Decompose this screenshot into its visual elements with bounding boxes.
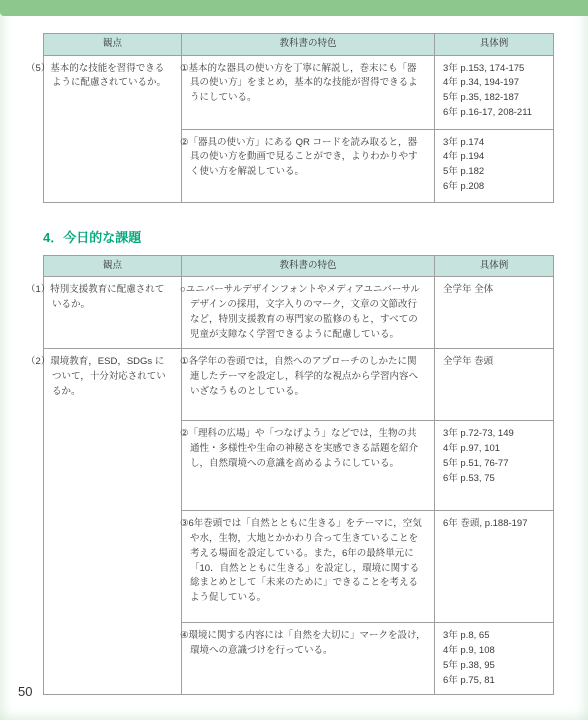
feature-cell: ①基本的な器具の使い方を丁寧に解説し，巻末にも「器具の使い方」をまとめ，基本的な… xyxy=(182,55,435,129)
table-header-row: 観点 教科書の特色 具体例 xyxy=(44,255,554,277)
examples-cell: 3年 p.174 4年 p.194 5年 p.182 6年 p.208 xyxy=(435,129,554,202)
page-content: 観点 教科書の特色 具体例 （5）基本的な技能を習得できるように配慮されているか… xyxy=(43,16,553,695)
examples-cell: 全学年 巻頭 xyxy=(435,349,554,421)
examples-cell: 3年 p.8, 65 4年 p.9, 108 5年 p.38, 95 6年 p.… xyxy=(435,623,554,695)
feature-cell: ②「理科の広場」や「つなげよう」などでは，生物の共通性・多様性や生命の神秘さを実… xyxy=(182,421,435,511)
document-page: 観点 教科書の特色 具体例 （5）基本的な技能を習得できるように配慮されているか… xyxy=(0,0,588,720)
column-header-examples: 具体例 xyxy=(435,255,554,277)
viewpoint-cell: （1）特別支援教育に配慮されているか。 xyxy=(44,277,182,349)
viewpoint-cell: （5）基本的な技能を習得できるように配慮されているか。 xyxy=(44,55,182,202)
column-header-features: 教科書の特色 xyxy=(182,255,435,277)
feature-cell: ①各学年の巻頭では，自然へのアプローチのしかたに関連したテーマを設定し，科学的な… xyxy=(182,349,435,421)
feature-cell: ②「器具の使い方」にある QR コードを読み取ると，器具の使い方を動画で見ること… xyxy=(182,129,435,202)
criteria-table-contemporary-issues: 観点 教科書の特色 具体例 （1）特別支援教育に配慮されているか。 ○ユニバーサ… xyxy=(43,255,554,696)
viewpoint-cell: （2）環境教育，ESD，SDGs について，十分対応されているか。 xyxy=(44,349,182,695)
section-heading: 4．今日的な課題 xyxy=(43,227,553,246)
column-header-viewpoint: 観点 xyxy=(44,34,182,56)
criteria-table-skills: 観点 教科書の特色 具体例 （5）基本的な技能を習得できるように配慮されているか… xyxy=(43,33,554,203)
table-header-row: 観点 教科書の特色 具体例 xyxy=(44,34,554,56)
table-row: （2）環境教育，ESD，SDGs について，十分対応されているか。 ①各学年の巻… xyxy=(44,349,554,421)
feature-cell: ○ユニバーサルデザインフォントやメディアユニバーサルデザインの採用，文字入りのマ… xyxy=(182,277,435,349)
examples-cell: 全学年 全体 xyxy=(435,277,554,349)
column-header-examples: 具体例 xyxy=(435,34,554,56)
table-row: （1）特別支援教育に配慮されているか。 ○ユニバーサルデザインフォントやメディア… xyxy=(44,277,554,349)
page-number: 50 xyxy=(18,684,32,699)
table-row: （5）基本的な技能を習得できるように配慮されているか。 ①基本的な器具の使い方を… xyxy=(44,55,554,129)
feature-cell: ③6年巻頭では「自然とともに生きる」をテーマに，空気や水，生物，大地とかかわり合… xyxy=(182,511,435,623)
feature-cell: ④環境に関する内容には「自然を大切に」マークを設け，環境への意識づけを行っている… xyxy=(182,623,435,695)
examples-cell: 3年 p.153, 174-175 4年 p.34, 194-197 5年 p.… xyxy=(435,55,554,129)
examples-cell: 3年 p.72-73, 149 4年 p.97, 101 5年 p.51, 76… xyxy=(435,421,554,511)
column-header-features: 教科書の特色 xyxy=(182,34,435,56)
column-header-viewpoint: 観点 xyxy=(44,255,182,277)
top-banner xyxy=(0,0,588,16)
examples-cell: 6年 巻頭, p.188-197 xyxy=(435,511,554,623)
